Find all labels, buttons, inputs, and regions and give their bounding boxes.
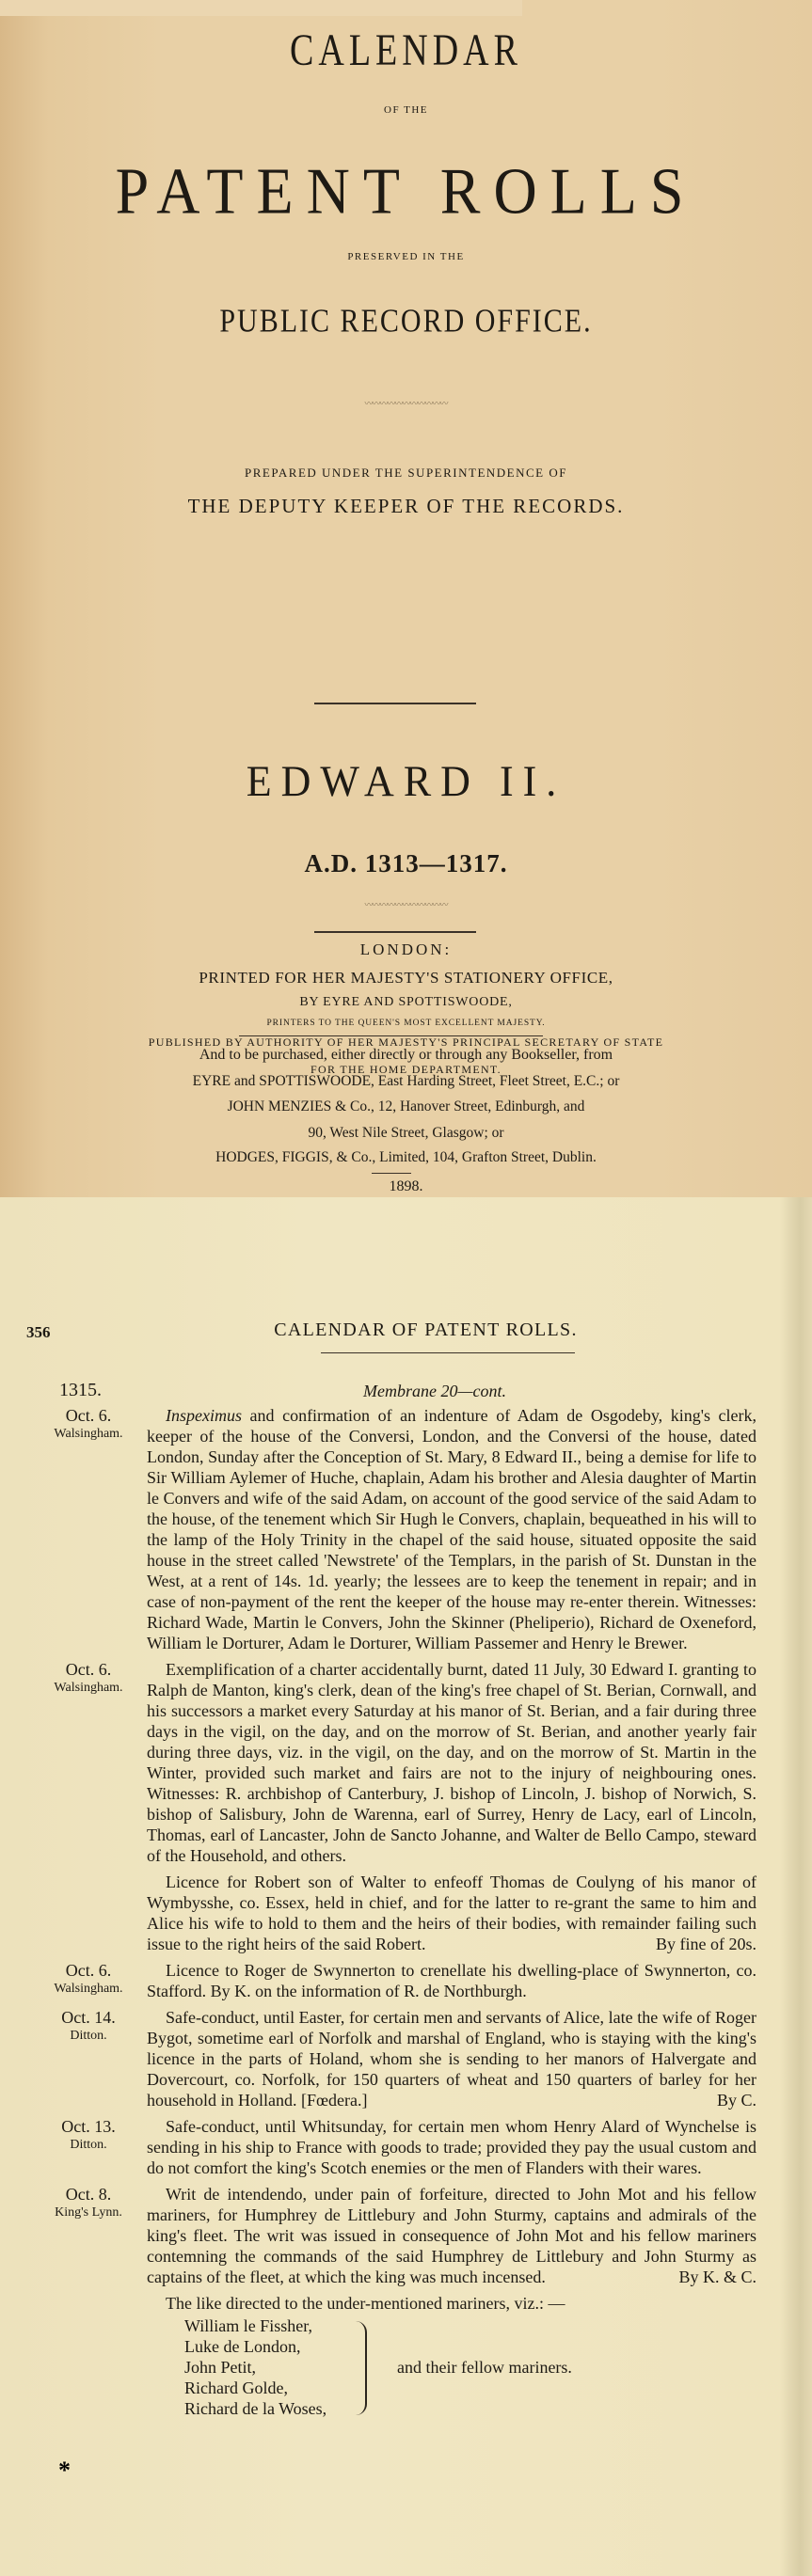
entry-date-text: Oct. 13. — [61, 2117, 116, 2136]
entry-place: Walsingham. — [40, 1426, 137, 1443]
year-heading: 1315. — [59, 1380, 102, 1401]
entry-body: Licence for Robert son of Walter to enfe… — [147, 1872, 756, 1954]
mariners-suffix: and their fellow mariners. — [397, 2357, 572, 2378]
entry-place: King's Lynn. — [40, 2205, 137, 2221]
entry-date: Oct. 6.Walsingham. — [40, 1960, 137, 1998]
entry-body: Licence to Roger de Swynnerton to crenel… — [147, 1960, 756, 2001]
imprint-printed-by: BY EYRE AND SPOTTISWOODE, — [0, 995, 812, 1010]
calendar-entry: Oct. 14.Ditton. Safe-conduct, until East… — [0, 2007, 812, 2110]
entry-lead: Inspeximus — [166, 1406, 242, 1425]
imprint-seller-hodges: HODGES, FIGGIS, & Co., Limited, 104, Gra… — [0, 1149, 812, 1166]
imprint-london: LONDON: — [0, 940, 812, 959]
entry-date: Oct. 14.Ditton. — [40, 2007, 137, 2045]
divider-rule — [372, 1173, 411, 1174]
entry-date-text: Oct. 14. — [61, 2008, 116, 2027]
imprint-printers-to: PRINTERS TO THE QUEEN'S MOST EXCELLENT M… — [0, 1019, 812, 1028]
entry-place: Ditton. — [40, 2028, 137, 2045]
membrane-heading: Membrane 20—cont. — [363, 1382, 506, 1401]
entry-date-text: Oct. 6. — [66, 1406, 112, 1425]
running-head: CALENDAR OF PATENT ROLLS. — [0, 1320, 812, 1341]
entry-text: and confirmation of an indenture of Adam… — [147, 1406, 756, 1652]
brace-icon — [356, 2321, 367, 2415]
imprint-purchase: And to be purchased, either directly or … — [0, 1047, 812, 1064]
calendar-entry: Licence for Robert son of Walter to enfe… — [0, 1872, 812, 1954]
entry-body: Safe-conduct, until Easter, for certain … — [147, 2007, 756, 2110]
imprint-seller-glasgow: 90, West Nile Street, Glasgow; or — [0, 1125, 812, 1142]
imprint-seller-eyre: EYRE and SPOTTISWOODE, East Harding Stre… — [0, 1073, 812, 1090]
imprint-printed-for: PRINTED FOR HER MAJESTY'S STATIONERY OFF… — [0, 969, 812, 988]
imprint-year: 1898. — [0, 1178, 812, 1195]
calendar-entry: Oct. 8.King's Lynn. Writ de intendendo, … — [0, 2184, 812, 2287]
calendar-page: 356 CALENDAR OF PATENT ROLLS. 1315. Memb… — [0, 1197, 812, 2576]
entry-list: Oct. 6.Walsingham. Inspeximus and confir… — [0, 1405, 812, 2415]
ornament-divider: 〰〰〰〰〰〰〰〰〰〰〰 — [0, 898, 812, 910]
entry-authority: By K. & C. — [678, 2267, 756, 2287]
entry-authority: By C. — [717, 2090, 756, 2110]
calendar-entry: Oct. 6.Walsingham. Licence to Roger de S… — [0, 1960, 812, 2001]
entry-text: Writ de intendendo, under pain of forfei… — [147, 2185, 756, 2286]
entry-place: Walsingham. — [40, 1680, 137, 1697]
header-rule — [321, 1352, 575, 1353]
entry-date-text: Oct. 6. — [66, 1961, 112, 1980]
entry-text: Exemplification of a charter accidentall… — [147, 1660, 756, 1865]
entry-text: Safe-conduct, until Whitsunday, for cert… — [147, 2117, 756, 2177]
asterisk-marker-icon: * — [58, 2457, 71, 2485]
entry-date-text: Oct. 6. — [66, 1660, 112, 1679]
entry-body: Writ de intendendo, under pain of forfei… — [147, 2184, 756, 2287]
list-intro: The like directed to the under-mentioned… — [147, 2293, 812, 2314]
mariner-name: John Petit, — [184, 2357, 326, 2378]
imprint-seller-menzies: JOHN MENZIES & Co., 12, Hanover Street, … — [0, 1098, 812, 1115]
calendar-entry: Oct. 6.Walsingham. Exemplification of a … — [0, 1659, 812, 1866]
divider-rule — [239, 1035, 543, 1036]
imprint-block: 〰〰〰〰〰〰〰〰〰〰〰 LONDON: PRINTED FOR HER MAJE… — [0, 0, 812, 1197]
mariners-list: The like directed to the under-mentioned… — [147, 2293, 812, 2415]
entry-place: Walsingham. — [40, 1981, 137, 1998]
mariner-name: William le Fissher, — [184, 2315, 326, 2336]
entry-text: Licence to Roger de Swynnerton to crenel… — [147, 1961, 756, 2000]
entry-date: Oct. 6.Walsingham. — [40, 1405, 137, 1443]
mariner-name: Luke de London, — [184, 2336, 326, 2357]
entry-date: Oct. 13.Ditton. — [40, 2116, 137, 2154]
entry-date: Oct. 8.King's Lynn. — [40, 2184, 137, 2221]
mariner-name: Richard Golde, — [184, 2378, 326, 2398]
mariner-name: Richard de la Woses, — [184, 2398, 326, 2419]
entry-text: Safe-conduct, until Easter, for certain … — [147, 2008, 756, 2110]
entry-date: Oct. 6.Walsingham. — [40, 1659, 137, 1697]
calendar-entry: Oct. 6.Walsingham. Inspeximus and confir… — [0, 1405, 812, 1653]
entry-date-text: Oct. 8. — [66, 2185, 112, 2204]
entry-body: Safe-conduct, until Whitsunday, for cert… — [147, 2116, 756, 2178]
entry-place: Ditton. — [40, 2137, 137, 2154]
entry-authority: By fine of 20s. — [656, 1934, 756, 1954]
entry-body: Exemplification of a charter accidentall… — [147, 1659, 756, 1866]
entry-body: Inspeximus and confirmation of an indent… — [147, 1405, 756, 1653]
calendar-entry: Oct. 13.Ditton. Safe-conduct, until Whit… — [0, 2116, 812, 2178]
mariner-names: William le Fissher, Luke de London, John… — [184, 2315, 326, 2419]
